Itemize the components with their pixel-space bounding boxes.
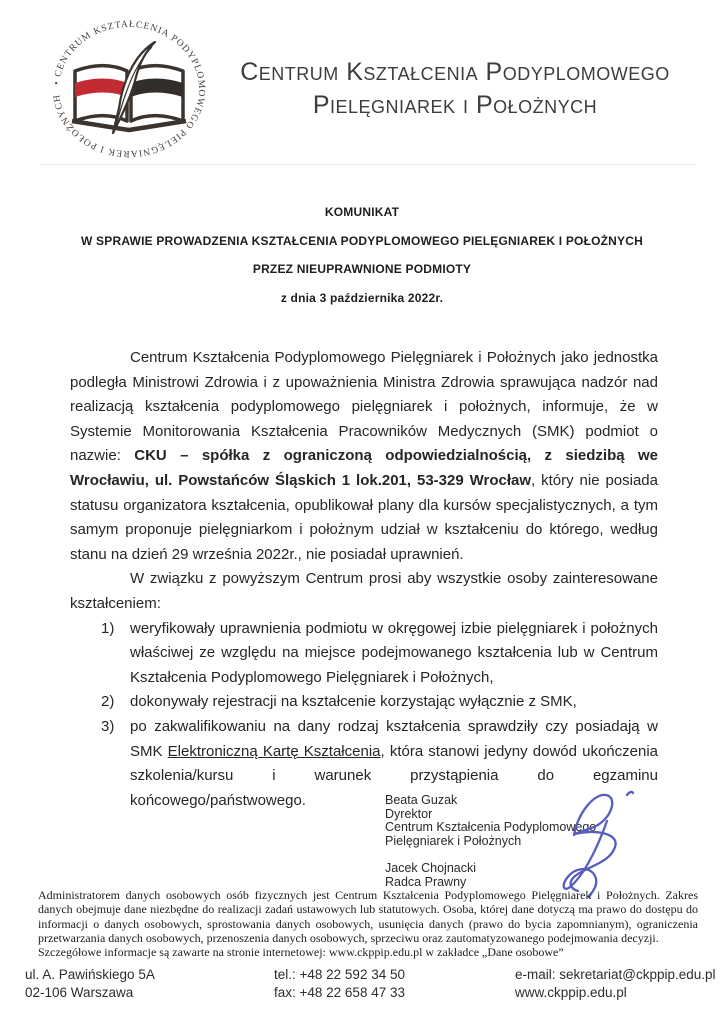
list-item-1-number: 1) <box>101 617 114 642</box>
handwritten-signature <box>534 779 648 901</box>
org-title-line1: Centrum Kształcenia Podyplomowego <box>208 56 702 89</box>
list-item-2-number: 2) <box>101 690 114 715</box>
list-item-3-underlined-term: Elektroniczną Kartę Kształcenia <box>168 743 381 760</box>
contact-phone: tel.: +48 22 592 34 50 fax: +48 22 658 4… <box>274 966 405 1001</box>
privacy-notice-info-line: Szczegółowe informacje są zawarte na str… <box>38 945 698 959</box>
ckppip-logo: • CENTRUM KSZTAŁCENIA PODYPLOMOWEGO PIEL… <box>42 18 216 160</box>
paragraph-1: Centrum Kształcenia Podyplomowego Pielęg… <box>70 346 658 567</box>
list-item-1-text: weryfikowały uprawnienia podmiotu w okrę… <box>130 620 658 686</box>
logo-emblem-icon: • CENTRUM KSZTAŁCENIA PODYPLOMOWEGO PIEL… <box>42 18 216 160</box>
contact-address-line2: 02-106 Warszawa <box>25 984 155 1002</box>
notice-heading: KOMUNIKAT W SPRAWIE PROWADZENIA KSZTAŁCE… <box>62 206 662 320</box>
privacy-notice: Administratorem danych osobowych osób fi… <box>38 888 698 959</box>
contact-web: e-mail: sekretariat@ckppip.edu.pl www.ck… <box>515 966 716 1001</box>
contact-address-line1: ul. A. Pawińskiego 5A <box>25 966 155 984</box>
document-page: • CENTRUM KSZTAŁCENIA PODYPLOMOWEGO PIEL… <box>0 0 724 1024</box>
list-item-1: 1) weryfikowały uprawnienia podmiotu w o… <box>70 617 658 691</box>
list-item-2-text: dokonywały rejestracji na kształcenie ko… <box>130 693 577 710</box>
paragraph-2: W związku z powyższym Centrum prosi aby … <box>70 567 658 616</box>
notice-date: z dnia 3 października 2022r. <box>62 292 662 304</box>
org-title-line2: Pielęgniarek i Położnych <box>208 89 702 122</box>
contact-tel: tel.: +48 22 592 34 50 <box>274 966 405 984</box>
list-item-2: 2) dokonywały rejestracji na kształcenie… <box>70 690 658 715</box>
org-title: Centrum Kształcenia Podyplomowego Pielęg… <box>208 56 702 122</box>
notice-body: Centrum Kształcenia Podyplomowego Pielęg… <box>70 346 658 813</box>
contact-email: e-mail: sekretariat@ckppip.edu.pl <box>515 966 716 984</box>
notice-subject-line1: W SPRAWIE PROWADZENIA KSZTAŁCENIA PODYPL… <box>62 235 662 247</box>
header-divider <box>40 164 696 165</box>
contact-website: www.ckppip.edu.pl <box>515 984 716 1002</box>
list-item-3-number: 3) <box>101 715 114 740</box>
privacy-notice-paragraph: Administratorem danych osobowych osób fi… <box>38 888 698 945</box>
contact-address: ul. A. Pawińskiego 5A 02-106 Warszawa <box>25 966 155 1001</box>
contact-fax: fax: +48 22 658 47 33 <box>274 984 405 1002</box>
notice-title: KOMUNIKAT <box>62 206 662 218</box>
notice-subject-line2: PRZEZ NIEUPRAWNIONE PODMIOTY <box>62 263 662 275</box>
